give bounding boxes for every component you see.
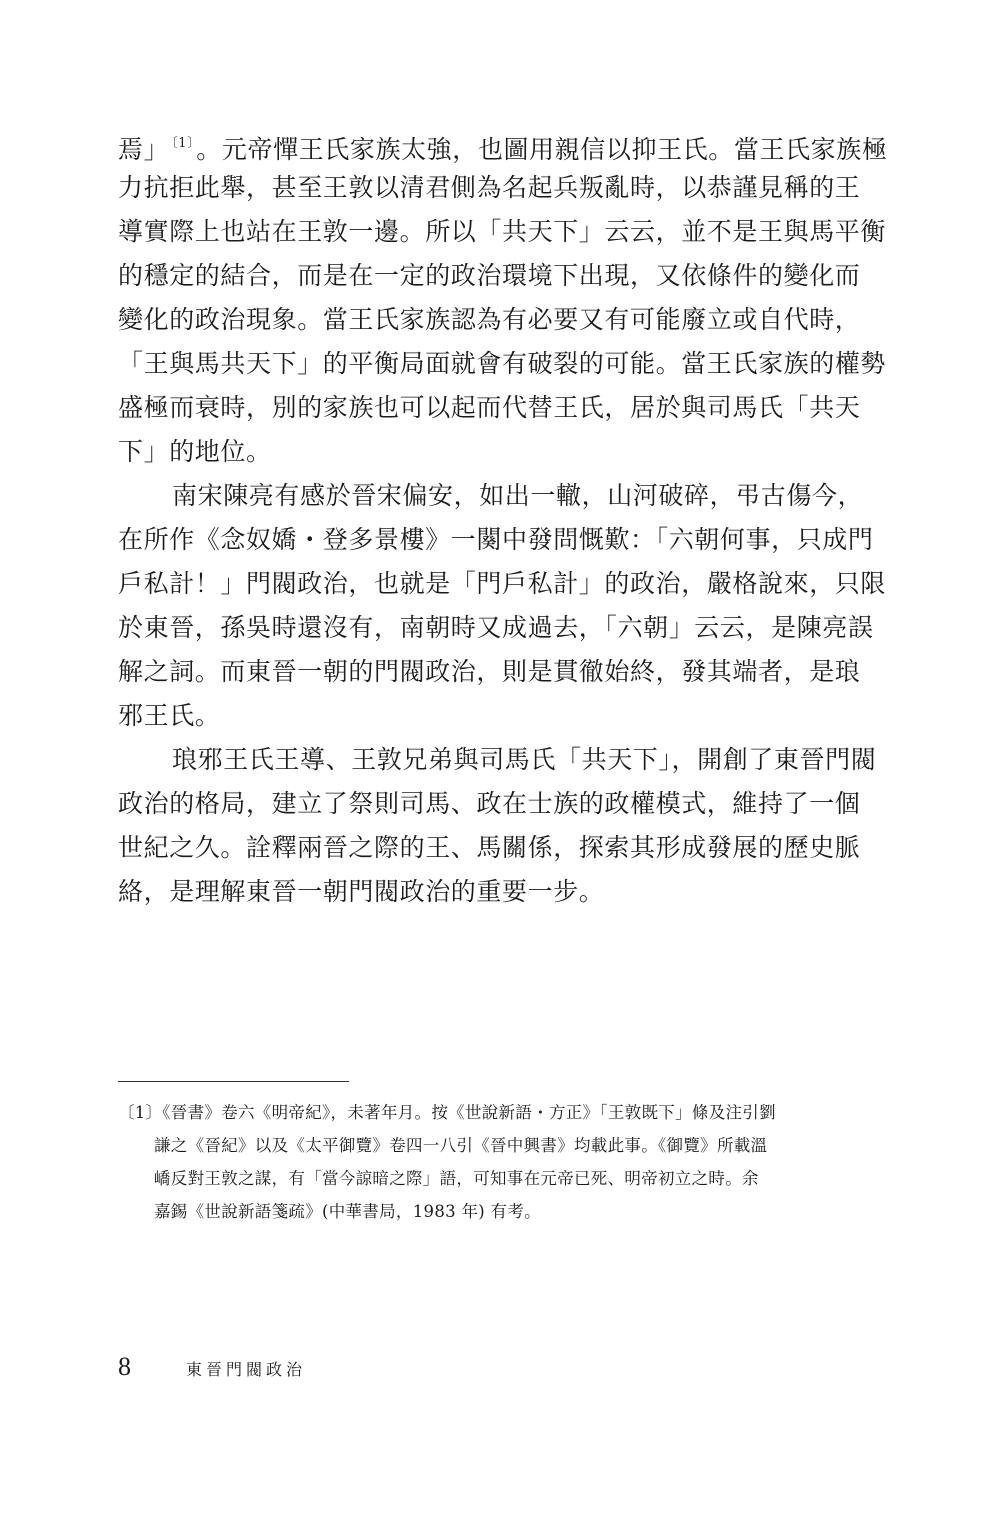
footnote-reference[interactable]: 〔1〕 <box>171 136 194 151</box>
text-line: 盛極而衰時，別的家族也可以起而代替王氏，居於與司馬氏「共天 <box>118 386 824 430</box>
footnotes: 〔1〕《晉書》卷六《明帝紀》，未著年月。按《世說新語・方正》「王敦既下」條及注引… <box>118 1096 826 1228</box>
text-line: 邪王氏。 <box>118 694 824 738</box>
text-line: 世紀之久。詮釋兩晉之際的王、馬關係，探索其形成發展的歷史脈 <box>118 826 824 870</box>
text-line: 解之詞。而東晉一朝的門閥政治，則是貫徹始終，發其端者，是琅 <box>118 650 824 694</box>
text-line: 下」的地位。 <box>118 430 824 474</box>
text-segment: 焉」 <box>118 135 169 164</box>
footnote-line: 嶠反對王敦之謀，有「當今諒暗之際」語，可知事在元帝已死、明帝初立之時。余 <box>118 1162 826 1195</box>
body-text: 焉」〔1〕。元帝憚王氏家族太強，也圖用親信以抑王氏。當王氏家族極 力抗拒此舉，甚… <box>118 122 824 914</box>
footnote: 〔1〕《晉書》卷六《明帝紀》，未著年月。按《世說新語・方正》「王敦既下」條及注引… <box>118 1096 826 1228</box>
book-page: 焉」〔1〕。元帝憚王氏家族太強，也圖用親信以抑王氏。當王氏家族極 力抗拒此舉，甚… <box>0 0 1000 1513</box>
text-line: 政治的格局，建立了祭則司馬、政在士族的政權模式，維持了一個 <box>118 782 824 826</box>
footnote-number: 〔1〕 <box>118 1096 154 1129</box>
paragraph: 南宋陳亮有感於晉宋偏安，如出一轍，山河破碎，弔古傷今， 在所作《念奴嬌・登多景樓… <box>118 474 824 738</box>
paragraph: 琅邪王氏王導、王敦兄弟與司馬氏「共天下」，開創了東晉門閥 政治的格局，建立了祭則… <box>118 738 824 914</box>
text-line: 在所作《念奴嬌・登多景樓》一闋中發問慨歎：「六朝何事，只成門 <box>118 518 824 562</box>
text-line: 導實際上也站在王敦一邊。所以「共天下」云云，並不是王與馬平衡 <box>118 210 824 254</box>
paragraph: 焉」〔1〕。元帝憚王氏家族太強，也圖用親信以抑王氏。當王氏家族極 力抗拒此舉，甚… <box>118 122 824 474</box>
footnote-line: 嘉錫《世說新語箋疏》(中華書局，1983 年) 有考。 <box>118 1195 826 1228</box>
text-line: 南宋陳亮有感於晉宋偏安，如出一轍，山河破碎，弔古傷今， <box>118 474 824 518</box>
footnote-line: 〔1〕《晉書》卷六《明帝紀》，未著年月。按《世說新語・方正》「王敦既下」條及注引… <box>118 1096 826 1129</box>
footnote-text: 《晉書》卷六《明帝紀》，未著年月。按《世說新語・方正》「王敦既下」條及注引劉 <box>154 1103 776 1122</box>
text-line: 絡，是理解東晉一朝門閥政治的重要一步。 <box>118 870 824 914</box>
text-line: 於東晉，孫吳時還沒有，南朝時又成過去，「六朝」云云，是陳亮誤 <box>118 606 824 650</box>
text-line: 變化的政治現象。當王氏家族認為有必要又有可能廢立或自代時， <box>118 298 824 342</box>
page-number: 8 <box>118 1352 186 1382</box>
text-line: 的穩定的結合，而是在一定的政治環境下出現，又依條件的變化而 <box>118 254 824 298</box>
text-line: 琅邪王氏王導、王敦兄弟與司馬氏「共天下」，開創了東晉門閥 <box>118 738 824 782</box>
footnote-divider <box>118 1081 349 1082</box>
page-footer: 8 東晉門閥政治 <box>118 1352 306 1386</box>
text-segment: 。元帝憚王氏家族太強，也圖用親信以抑王氏。當王氏家族極 <box>196 135 887 164</box>
text-line: 力抗拒此舉，甚至王敦以清君側為名起兵叛亂時，以恭謹見稱的王 <box>118 166 824 210</box>
running-title: 東晉門閥政治 <box>186 1357 306 1380</box>
text-line: 「王與馬共天下」的平衡局面就會有破裂的可能。當王氏家族的權勢 <box>118 342 824 386</box>
text-line: 戶私計！」門閥政治，也就是「門戶私計」的政治，嚴格說來，只限 <box>118 562 824 606</box>
footnote-line: 謙之《晉紀》以及《太平御覽》卷四一八引《晉中興書》均載此事。《御覽》所載溫 <box>118 1129 826 1162</box>
text-line: 焉」〔1〕。元帝憚王氏家族太強，也圖用親信以抑王氏。當王氏家族極 <box>118 122 824 166</box>
